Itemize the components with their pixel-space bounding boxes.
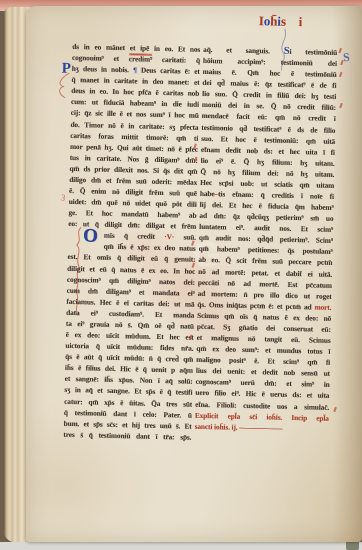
table-surface [0,542,362,550]
text-segment: ·V· [164,232,174,241]
text-segment: eo: ut q̄ diligit dm̄: diligat et frēm [68,219,196,231]
text-line: Ioh̄is i [259,13,303,30]
text-segment: habe [200,189,215,198]
text-segment: aq̄. et sanguis. [203,45,284,56]
text-line: tres s̄ q̄ testimoniū dant ī tr̄a: sp̄… [63,429,191,443]
manuscript-photo: G Ioh̄is i P S 3 O ds in eo mānet et ip… [0,0,362,550]
text-segment: caritati: q̄ [152,55,200,65]
text-segment [286,14,299,29]
rubric-tick [339,72,343,77]
rubric-tick [339,103,343,108]
rubric-tick [333,407,337,412]
text-segment: cognouim⁹ et [72,53,129,63]
text-segment: mort. [315,302,332,311]
rubric-tick [338,48,342,53]
text-segment: mīs q̄ credit [104,231,165,241]
text-column-left: ds in eo mānet et ipē in eo. Et noscog… [63,41,200,443]
running-header: Ioh̄is i [259,13,303,30]
parchment-page: G Ioh̄is i P S 3 O ds in eo mānet et ip… [26,6,362,542]
text-segment: tres s̄ q̄ testimoniū dant ī tr̄a: sp̄… [63,430,191,442]
text-segment: hʒ deus in nobis. [72,64,133,74]
text-segment: sancti ioh̄is. ij. —————— [195,421,283,432]
text-column-right: aq̄. et sanguis. Si testimōniūhōium a… [195,44,338,435]
margin-red-squiggle: 3 [60,192,67,203]
text-segment: i [299,14,303,29]
margin-initial-s: S [342,50,350,65]
text-segment: i testimōniū [289,47,337,57]
manuscript-text-block: Ioh̄is i P S 3 O ds in eo mānet et ipē… [51,33,362,480]
text-segment: credim⁹ [129,54,152,64]
text-segment: Deus caritas ē: et [137,66,200,76]
